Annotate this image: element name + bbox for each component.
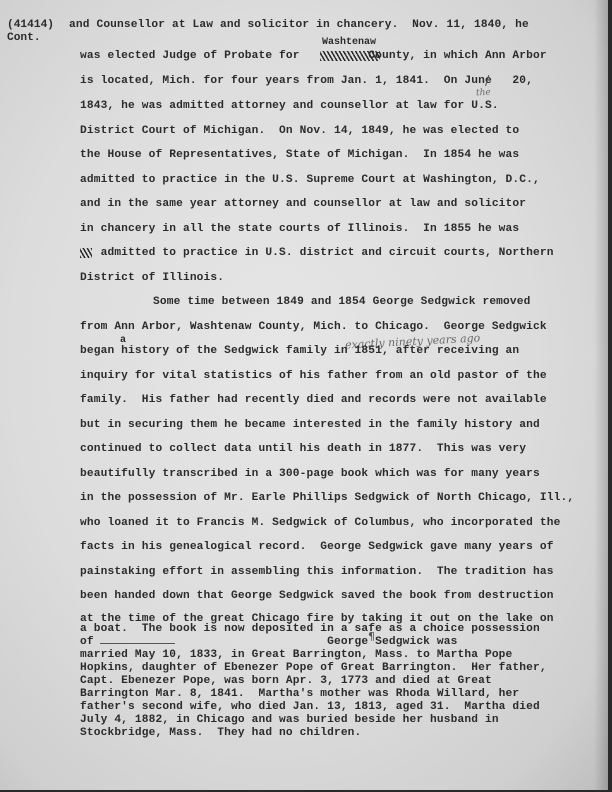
- handwritten-paragraph-mark: ¶: [368, 630, 375, 643]
- text-line: began history of the Sedgwick family in …: [80, 345, 519, 358]
- text-line: and in the same year attorney and counse…: [80, 198, 526, 211]
- text-line: District Court of Michigan. On Nov. 14, …: [80, 125, 519, 138]
- text-line: been handed down that George Sedgwick sa…: [80, 590, 554, 603]
- text-line: inquiry for vital statistics of his fath…: [80, 370, 547, 383]
- handwritten-annotation-the: the: [476, 88, 491, 99]
- text-line: Hopkins, daughter of Ebenezer Pope of Gr…: [80, 662, 547, 675]
- text-line: facts in his genealogical record. George…: [80, 541, 554, 554]
- struck-out-word: [320, 51, 380, 61]
- blank-fill-line: [100, 643, 175, 644]
- text-line: 1843, he was admitted attorney and couns…: [80, 100, 499, 113]
- text-line: Capt. Ebenezer Pope, was born Apr. 3, 17…: [80, 675, 492, 688]
- text-line: is located, Mich. for four years from Ja…: [80, 75, 533, 88]
- continuation-label: Cont.: [7, 32, 41, 44]
- text-line: was elected Judge of Probate for County,…: [80, 50, 547, 63]
- text-line: continued to collect data until his deat…: [80, 443, 526, 456]
- text-line: July 4, 1882, in Chicago and was buried …: [80, 714, 499, 727]
- reference-number: (41414): [7, 19, 54, 31]
- text-line: District of Illinois.: [80, 272, 224, 285]
- text-line: painstaking effort in assembling this in…: [80, 566, 554, 579]
- text-line: but in securing them he became intereste…: [80, 419, 540, 432]
- text-line: father's second wife, who died Jan. 13, …: [80, 701, 540, 714]
- text-line: Some time between 1849 and 1854 George S…: [153, 296, 531, 309]
- text-line: and Counsellor at Law and solicitor in c…: [69, 19, 529, 32]
- text-line: admitted to practice in the U.S. Supreme…: [80, 174, 540, 187]
- text-line: in chancery in all the state courts of I…: [80, 223, 519, 236]
- text-line: family. His father had recently died and…: [80, 394, 547, 407]
- typed-insert-county: Washtenaw: [322, 37, 376, 48]
- text-line: admitted to practice in U.S. district an…: [80, 247, 554, 260]
- text-line: in the possession of Mr. Earle Phillips …: [80, 492, 574, 505]
- text-line: the House of Representatives, State of M…: [80, 149, 519, 162]
- text-line: a boat. The book is now deposited in a s…: [80, 623, 540, 636]
- text-line: married May 10, 1833, in Great Barringto…: [80, 649, 512, 662]
- text-line: who loaned it to Francis M. Sedgwick of …: [80, 517, 560, 530]
- text-line: Barrington Mar. 8, 1841. Martha's mother…: [80, 688, 519, 701]
- text-line: beautifully transcribed in a 300-page bo…: [80, 468, 540, 481]
- typewritten-document-page: (41414) Cont. and Counsellor at Law and …: [0, 0, 608, 790]
- text-line: Stockbridge, Mass. They had no children.: [80, 727, 361, 740]
